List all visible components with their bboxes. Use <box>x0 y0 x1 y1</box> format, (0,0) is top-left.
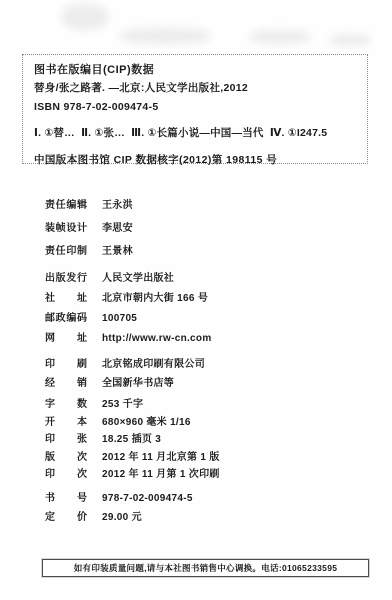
edition-row: 版次 2012 年 11 月北京第 1 版 <box>45 449 220 467</box>
scan-bleed-artifact <box>62 4 108 30</box>
info-value: 2012 年 11 月北京第 1 版 <box>102 449 220 467</box>
staff-label: 装帧设计 <box>45 217 87 240</box>
info-label: 印刷 <box>45 355 87 374</box>
copyright-page: 图书在版编目(CIP)数据 替身/张之路著. —北京:人民文学出版社,2012 … <box>0 0 392 600</box>
distributor-row: 经销 全国新华书店等 <box>45 374 205 393</box>
info-label: 开本 <box>45 414 87 432</box>
info-value: 253 千字 <box>102 396 143 414</box>
staff-value: 王景林 <box>102 240 133 263</box>
staff-row-editor: 责任编辑 王永洪 <box>45 194 133 217</box>
info-label: 邮政编码 <box>45 309 87 329</box>
info-value: 100705 <box>102 309 137 329</box>
staff-row-print-supervisor: 责任印制 王景林 <box>45 240 133 263</box>
word-count-row: 字数 253 千字 <box>45 396 220 414</box>
info-value: 北京铭成印刷有限公司 <box>102 355 205 374</box>
staff-row-designer: 装帧设计 李思安 <box>45 217 133 240</box>
cip-isbn-line: ISBN 978-7-02-009474-5 <box>34 98 359 117</box>
cip-classification-line: Ⅰ. ①替… Ⅱ. ①张… Ⅲ. ①长篇小说—中国—当代 Ⅳ. ①I247.5 <box>34 124 359 142</box>
info-label: 版次 <box>45 449 87 467</box>
quality-notice-box: 如有印装质量问题,请与本社图书销售中心调换。电话:01065233595 <box>42 559 369 577</box>
website-row: 网址 http://www.rw-cn.com <box>45 329 212 349</box>
staff-value: 王永洪 <box>102 194 133 217</box>
info-value: 2012 年 11 月第 1 次印刷 <box>102 466 220 484</box>
info-value: 全国新华书店等 <box>102 374 174 393</box>
isbn-price-info: 书号 978-7-02-009474-5 定价 29.00 元 <box>45 490 193 527</box>
scan-bleed-artifact <box>330 34 370 46</box>
cip-data-box: 图书在版编目(CIP)数据 替身/张之路著. —北京:人民文学出版社,2012 … <box>22 54 368 164</box>
info-label: 社址 <box>45 289 87 309</box>
info-label: 经销 <box>45 374 87 393</box>
printer-row: 印刷 北京铭成印刷有限公司 <box>45 355 205 374</box>
address-row: 社址 北京市朝内大街 166 号 <box>45 289 212 309</box>
scan-bleed-artifact <box>250 30 310 44</box>
staff-label: 责任印制 <box>45 240 87 263</box>
info-value: 29.00 元 <box>102 509 142 528</box>
spec-info: 字数 253 千字 开本 680×960 毫米 1/16 印张 18.25 插页… <box>45 396 220 484</box>
info-label: 定价 <box>45 509 87 528</box>
info-label: 字数 <box>45 396 87 414</box>
sheets-row: 印张 18.25 插页 3 <box>45 431 220 449</box>
postcode-row: 邮政编码 100705 <box>45 309 212 329</box>
quality-notice-text: 如有印装质量问题,请与本社图书销售中心调换。电话:01065233595 <box>74 562 338 574</box>
info-label: 书号 <box>45 490 87 509</box>
info-value: 18.25 插页 3 <box>102 431 161 449</box>
printing-info: 印刷 北京铭成印刷有限公司 经销 全国新华书店等 <box>45 355 205 393</box>
info-value: http://www.rw-cn.com <box>102 329 212 349</box>
info-value: 北京市朝内大街 166 号 <box>102 289 208 309</box>
staff-value: 李思安 <box>102 217 133 240</box>
staff-label: 责任编辑 <box>45 194 87 217</box>
info-label: 出版发行 <box>45 269 87 289</box>
price-row: 定价 29.00 元 <box>45 509 193 528</box>
publisher-info: 出版发行 人民文学出版社 社址 北京市朝内大街 166 号 邮政编码 10070… <box>45 269 212 349</box>
cip-record-line: 中国版本图书馆 CIP 数据核字(2012)第 198115 号 <box>34 152 359 167</box>
info-label: 印张 <box>45 431 87 449</box>
info-value: 680×960 毫米 1/16 <box>102 414 191 432</box>
cip-title: 图书在版编目(CIP)数据 <box>34 61 359 79</box>
publisher-row: 出版发行 人民文学出版社 <box>45 269 212 289</box>
info-value: 人民文学出版社 <box>102 269 174 289</box>
format-row: 开本 680×960 毫米 1/16 <box>45 414 220 432</box>
cip-book-line: 替身/张之路著. —北京:人民文学出版社,2012 <box>34 79 359 98</box>
book-number-row: 书号 978-7-02-009474-5 <box>45 490 193 509</box>
info-label: 印次 <box>45 466 87 484</box>
scan-bleed-artifact <box>120 28 210 44</box>
staff-credits: 责任编辑 王永洪 装帧设计 李思安 责任印制 王景林 <box>45 194 133 263</box>
info-label: 网址 <box>45 329 87 349</box>
impression-row: 印次 2012 年 11 月第 1 次印刷 <box>45 466 220 484</box>
info-value: 978-7-02-009474-5 <box>102 490 193 509</box>
